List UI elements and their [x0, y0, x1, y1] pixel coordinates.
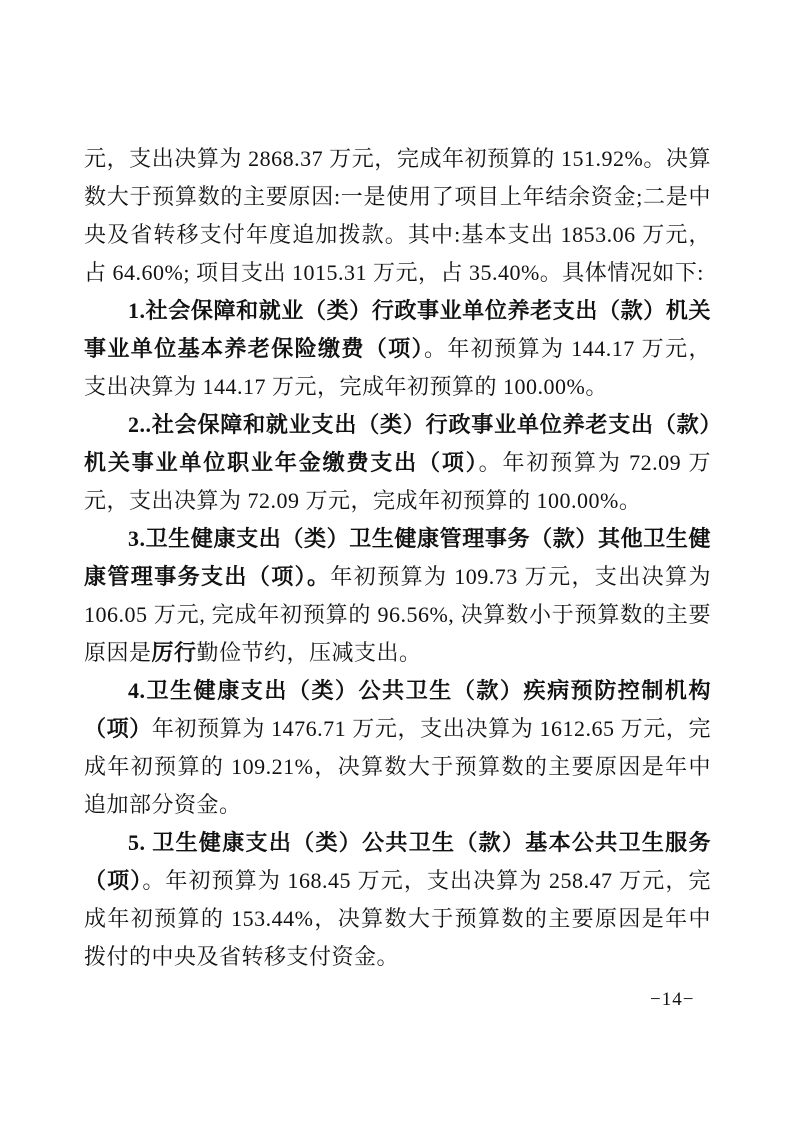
- document-body: 元，支出决算为 2868.37 万元，完成年初预算的 151.92%。决算数大于…: [84, 140, 711, 976]
- heading-segment: 厉行: [152, 640, 197, 665]
- text-segment: 元，支出决算为 2868.37 万元，完成年初预算的 151.92%。决算数大于…: [84, 146, 711, 285]
- text-segment: 勤俭节约，压减支出。: [197, 640, 422, 665]
- document-page: 元，支出决算为 2868.37 万元，完成年初预算的 151.92%。决算数大于…: [0, 0, 793, 1122]
- paragraph: 4.卫生健康支出（类）公共卫生（款）疾病预防控制机构（项）年初预算为 1476.…: [84, 672, 711, 824]
- paragraph: 3.卫生健康支出（类）卫生健康管理事务（款）其他卫生健康管理事务支出（项）。年初…: [84, 520, 711, 672]
- paragraph: 1.社会保障和就业（类）行政事业单位养老支出（款）机关事业单位基本养老保险缴费（…: [84, 292, 711, 406]
- paragraph: 5. 卫生健康支出（类）公共卫生（款）基本公共卫生服务（项）。年初预算为 168…: [84, 824, 711, 976]
- paragraph: 2..社会保障和就业支出（类）行政事业单位养老支出（款）机关事业单位职业年金缴费…: [84, 406, 711, 520]
- page-number: −14−: [650, 988, 694, 1012]
- text-segment: 。年初预算为 168.45 万元，支出决算为 258.47 万元，完成年初预算的…: [84, 868, 711, 969]
- paragraph: 元，支出决算为 2868.37 万元，完成年初预算的 151.92%。决算数大于…: [84, 140, 711, 292]
- text-segment: 年初预算为 1476.71 万元，支出决算为 1612.65 万元，完成年初预算…: [84, 716, 711, 817]
